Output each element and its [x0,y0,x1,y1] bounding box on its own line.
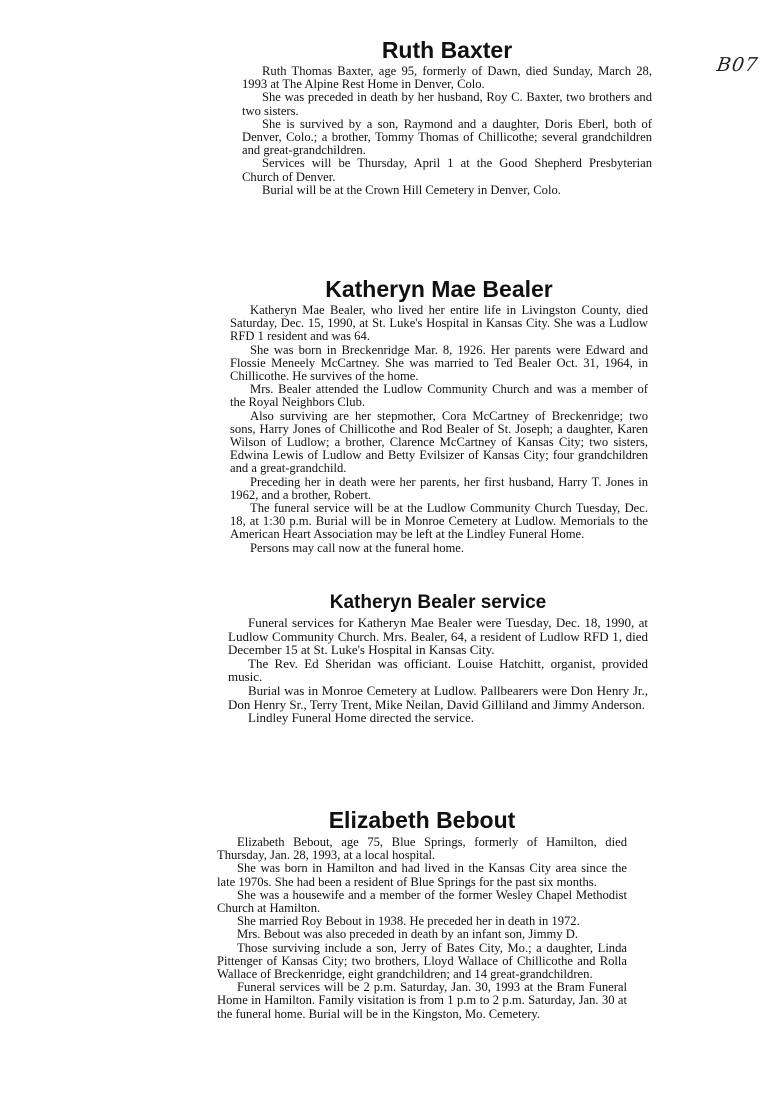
paragraph: The funeral service will be at the Ludlo… [230,502,648,542]
paragraph: Persons may call now at the funeral home… [230,542,648,555]
obituary-body: Katheryn Mae Bealer, who lived her entir… [230,304,648,555]
paragraph: Katheryn Mae Bealer, who lived her entir… [230,304,648,344]
paragraph: Ruth Thomas Baxter, age 95, formerly of … [242,65,652,91]
obituary-headline: Katheryn Mae Bealer [230,278,648,301]
paragraph: She was born in Hamilton and had lived i… [217,862,627,888]
paragraph: Services will be Thursday, April 1 at th… [242,157,652,183]
paragraph: She is survived by a son, Raymond and a … [242,118,652,158]
page-number-annotation: B07 [715,54,759,76]
paragraph: Burial will be at the Crown Hill Cemeter… [242,184,652,197]
obituary-body: Funeral services for Katheryn Mae Bealer… [228,616,648,725]
paragraph: Funeral services will be 2 p.m. Saturday… [217,981,627,1021]
obituary-headline: Katheryn Bealer service [228,593,648,612]
obituary-page: B07 Ruth Baxter Ruth Thomas Baxter, age … [0,0,760,1100]
paragraph: She was a housewife and a member of the … [217,889,627,915]
obituary-katheryn-mae-bealer: Katheryn Mae Bealer Katheryn Mae Bealer,… [230,278,648,555]
obituary-body: Ruth Thomas Baxter, age 95, formerly of … [242,65,652,197]
paragraph: Those surviving include a son, Jerry of … [217,942,627,982]
paragraph: Preceding her in death were her parents,… [230,476,648,502]
obituary-headline: Elizabeth Bebout [217,809,627,832]
paragraph: Funeral services for Katheryn Mae Bealer… [228,616,648,657]
obituary-elizabeth-bebout: Elizabeth Bebout Elizabeth Bebout, age 7… [217,809,627,1021]
paragraph: Elizabeth Bebout, age 75, Blue Springs, … [217,836,627,862]
paragraph: She was preceded in death by her husband… [242,91,652,117]
paragraph: Burial was in Monroe Cemetery at Ludlow.… [228,684,648,711]
obituary-headline: Ruth Baxter [242,39,652,62]
paragraph: Lindley Funeral Home directed the servic… [228,711,648,725]
paragraph: Also surviving are her stepmother, Cora … [230,410,648,476]
obituary-ruth-baxter: Ruth Baxter Ruth Thomas Baxter, age 95, … [242,39,652,197]
obituary-katheryn-bealer-service: Katheryn Bealer service Funeral services… [228,593,648,725]
paragraph: She was born in Breckenridge Mar. 8, 192… [230,344,648,384]
paragraph: Mrs. Bealer attended the Ludlow Communit… [230,383,648,409]
paragraph: The Rev. Ed Sheridan was officiant. Loui… [228,657,648,684]
obituary-body: Elizabeth Bebout, age 75, Blue Springs, … [217,836,627,1021]
paragraph: Mrs. Bebout was also preceded in death b… [217,928,627,941]
